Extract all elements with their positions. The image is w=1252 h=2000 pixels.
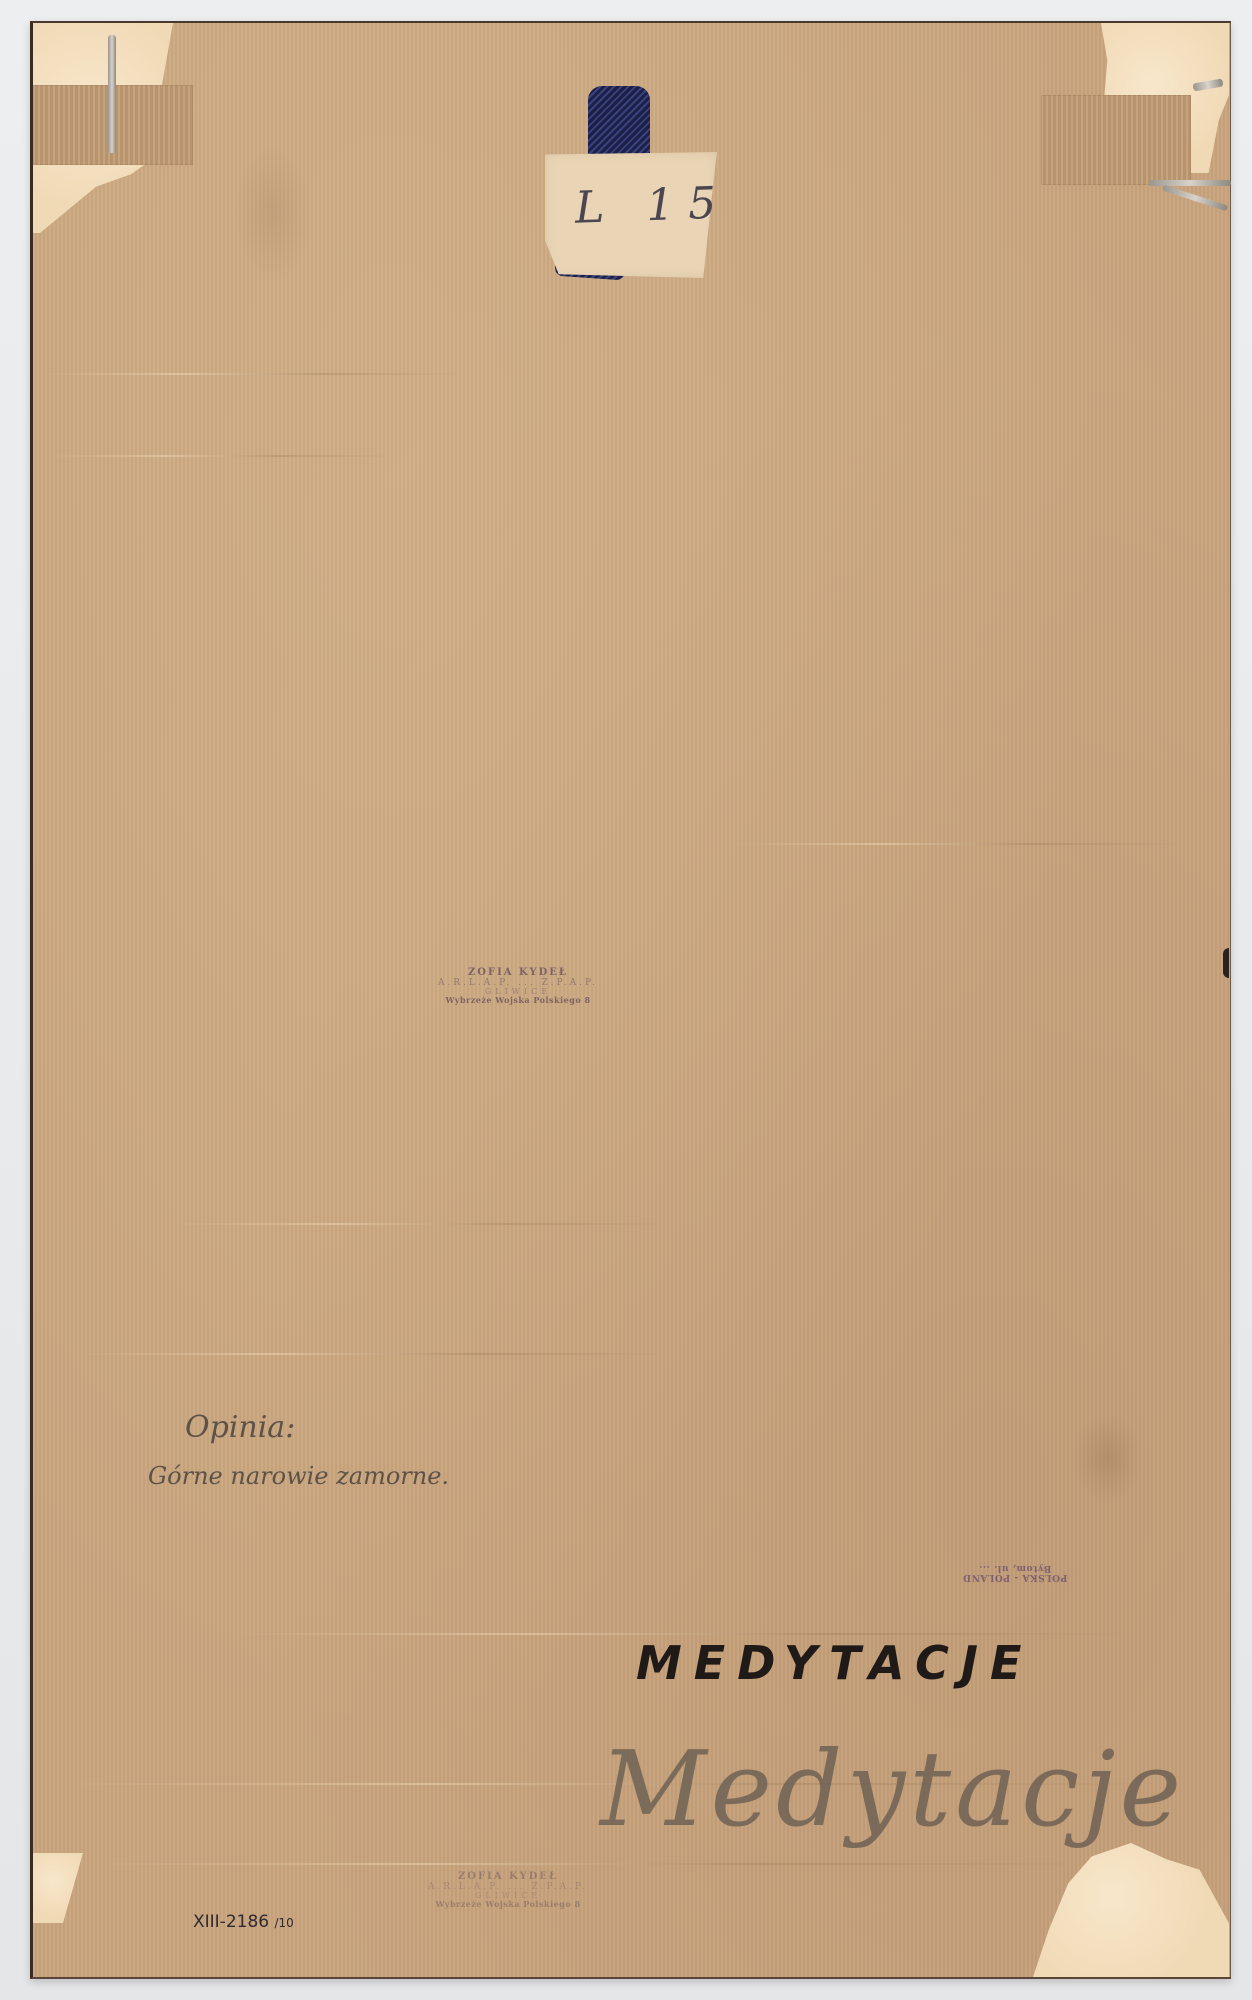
torn-paper-bottom-left <box>33 1853 83 1923</box>
photo-backdrop: L 15 ZOFIA KYDEŁ A.R.L.A.P. ... Z.P.A.P.… <box>0 0 1252 2000</box>
wrinkle-line <box>53 455 393 457</box>
stamp-line: ZOFIA KYDEŁ <box>428 968 608 979</box>
pencil-note-line2: Górne narowie zamorne. <box>148 1462 449 1490</box>
stamp-line: POLSKA - POLAND <box>925 1571 1105 1580</box>
wrinkle-line <box>93 1863 1093 1865</box>
stamp-line: GLIWICE <box>418 1892 598 1900</box>
edge-mark <box>1223 948 1229 978</box>
inverted-stamp: POLSKA - POLAND Bytom, ul. ... <box>925 1562 1105 1581</box>
staple-icon <box>108 35 116 153</box>
inventory-number: XIII-2186 /10 <box>193 1912 294 1932</box>
stamp-line: ZOFIA KYDEŁ <box>418 1872 598 1883</box>
staple-icon <box>1162 185 1229 212</box>
title-pencil: Medytacje <box>600 1728 1185 1850</box>
wrinkle-line <box>43 373 463 375</box>
stamp-line: Bytom, ul. ... <box>925 1562 1105 1571</box>
pencil-note-line1: Opinia: <box>185 1410 295 1445</box>
stamp-line: GLIWICE <box>428 988 608 996</box>
staple-icon <box>1149 180 1231 186</box>
tape-strip-top-right <box>1041 95 1191 185</box>
label-tag-text: L 15 <box>574 177 731 233</box>
wrinkle-line <box>733 843 1183 845</box>
stain-mark <box>233 143 313 283</box>
wrinkle-line <box>73 1353 673 1355</box>
wrinkle-line <box>173 1223 673 1225</box>
title-marker: MEDYTACJE <box>636 1636 1033 1690</box>
stamp-line: Wybrzeże Wojska Polskiego 8 <box>418 1900 598 1908</box>
inventory-number-main: XIII-2186 <box>193 1912 269 1932</box>
wrinkle-line <box>233 1633 1133 1635</box>
stain-mark <box>1073 1413 1143 1503</box>
stamp-line: Wybrzeże Wojska Polskiego 8 <box>428 996 608 1004</box>
artist-stamp-center: ZOFIA KYDEŁ A.R.L.A.P. ... Z.P.A.P. GLIW… <box>428 968 608 1005</box>
cardboard-backing <box>30 21 1231 1979</box>
artist-stamp-bottom: ZOFIA KYDEŁ A.R.L.A.P. ... Z.P.A.P. GLIW… <box>418 1872 598 1909</box>
inventory-number-suffix: /10 <box>275 1916 294 1930</box>
